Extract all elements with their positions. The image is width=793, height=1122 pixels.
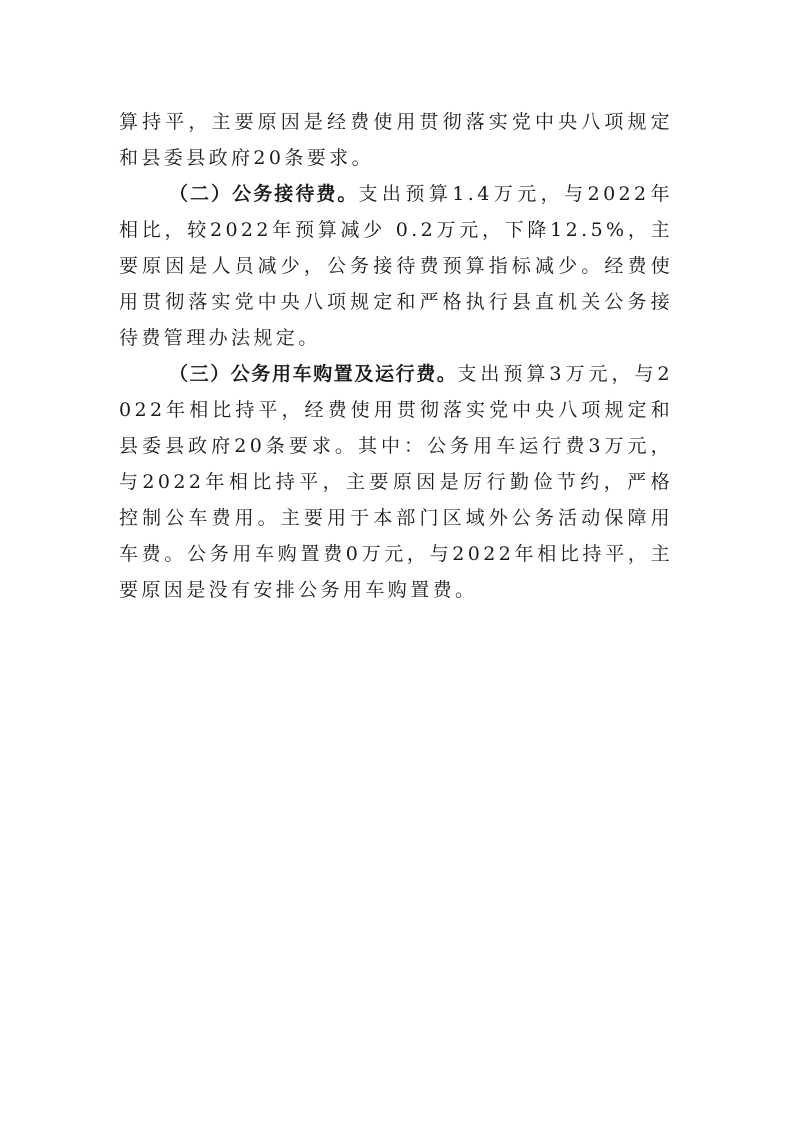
document-page: 算持平，主要原因是经费使用贯彻落实党中央八项规定和县委县政府20条要求。 （二）… <box>119 104 673 608</box>
paragraph-text: 支出预算1.4万元，与2022年相比，较2022年预算减少 0.2万元，下降12… <box>119 183 673 349</box>
paragraph-vehicle-expenses: （三）公务用车购置及运行费。支出预算3万元，与2022年相比持平，经费使用贯彻落… <box>119 356 673 608</box>
section-heading: （二）公务接待费。 <box>169 183 358 205</box>
paragraph-continuation: 算持平，主要原因是经费使用贯彻落实党中央八项规定和县委县政府20条要求。 <box>119 104 673 176</box>
paragraph-text: 支出预算3万元，与2022年相比持平，经费使用贯彻落实党中央八项规定和县委县政府… <box>119 363 673 601</box>
section-heading: （三）公务用车购置及运行费。 <box>169 363 457 385</box>
paragraph-reception-expenses: （二）公务接待费。支出预算1.4万元，与2022年相比，较2022年预算减少 0… <box>119 176 673 356</box>
paragraph-text: 算持平，主要原因是经费使用贯彻落实党中央八项规定和县委县政府20条要求。 <box>119 111 673 169</box>
